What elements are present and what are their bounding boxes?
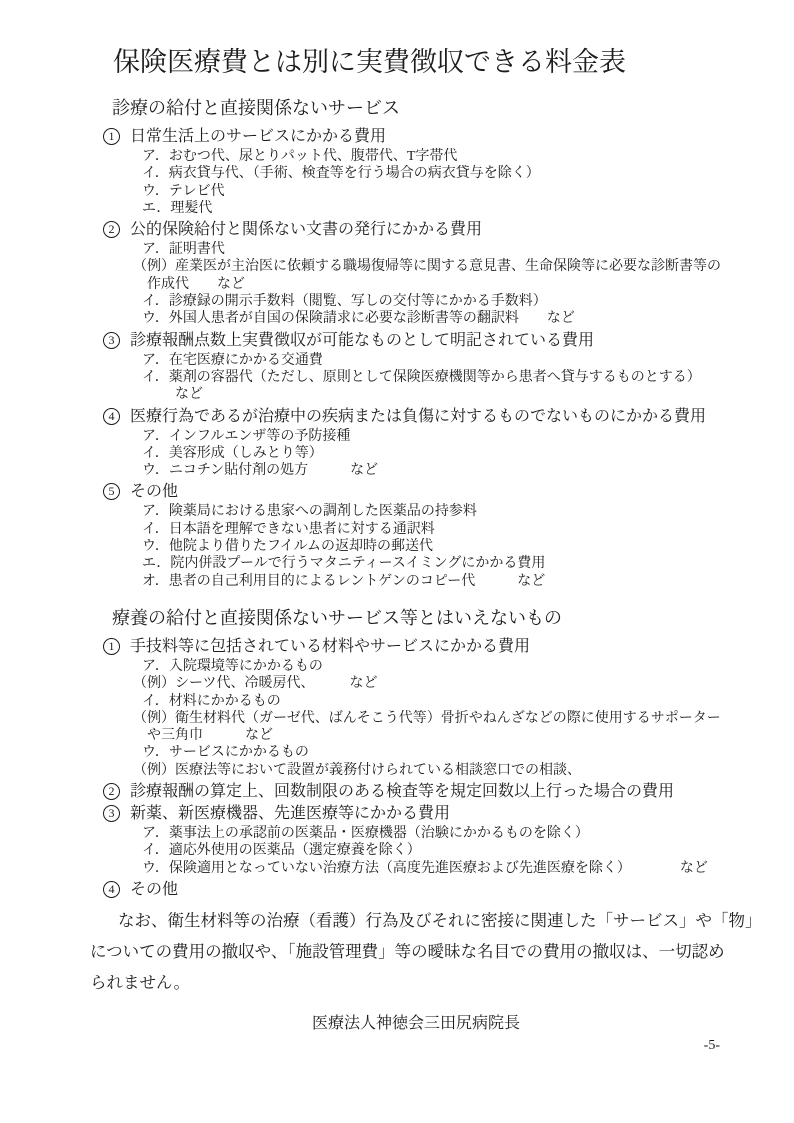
continuation-line: や三角巾 など: [147, 727, 746, 744]
numbered-item: 2診療報酬の算定上、回数制限のある検査等を規定回数以上行った場合の費用: [103, 782, 746, 801]
circled-number: 2: [103, 221, 120, 238]
sub-item: ア．入院環境等にかかるもの: [142, 658, 746, 675]
sub-item: ウ．外国人患者が自国の保険請求に必要な診断書等の翻訳料 など: [142, 310, 746, 327]
circled-number: 3: [103, 805, 120, 822]
note-line: についての費用の撤収や、「施設管理費」等の曖昧な名目での費用の撤収は、一切認め: [90, 936, 762, 967]
continuation-line: 作成代 など: [147, 276, 746, 293]
section-1-heading: 診療の給付と直接関係ないサービス: [112, 97, 746, 119]
sub-item: イ．日本語を理解できない患者に対する通訳料: [142, 521, 746, 538]
numbered-item: 5その他: [103, 482, 746, 501]
numbered-item: 3新薬、新医療機器、先進医療等にかかる費用: [103, 804, 746, 823]
numbered-item-text: その他: [130, 881, 178, 898]
continuation-line: など: [147, 386, 746, 403]
document-page: 保険医療費とは別に実費徴収できる料金表 診療の給付と直接関係ないサービス 1日常…: [0, 0, 794, 1123]
document-title: 保険医療費とは別に実費徴収できる料金表: [113, 44, 746, 80]
sub-item: エ．理髪代: [142, 200, 746, 217]
sub-item: ウ．テレビ代: [142, 183, 746, 200]
sub-item: ア．薬事法上の承認前の医薬品・医療機器（治験にかかるものを除く）: [142, 825, 746, 842]
circled-number: 1: [103, 128, 120, 145]
sub-item: イ．材料にかかるもの: [142, 693, 746, 710]
circled-number: 2: [103, 783, 120, 800]
sub-item: ウ．サービスにかかるもの: [142, 744, 746, 761]
note-line: られません。: [90, 967, 762, 998]
section-1-list: 1日常生活上のサービスにかかる費用ア．おむつ代、尿とりパット代、腹帯代、T字帯代…: [103, 127, 746, 590]
example-line: （例）産業医が主治医に依頼する職場復帰等に関する意見書、生命保険等に必要な診断書…: [133, 258, 746, 275]
numbered-item: 1手技料等に包括されている材料やサービスにかかる費用: [103, 637, 746, 656]
numbered-item-text: 診療報酬の算定上、回数制限のある検査等を規定回数以上行った場合の費用: [130, 783, 674, 800]
sub-item: イ．美容形成（しみとり等）: [142, 445, 746, 462]
numbered-item-text: 新薬、新医療機器、先進医療等にかかる費用: [130, 805, 450, 822]
sub-item: イ．適応外使用の医薬品（選定療養を除く）: [142, 842, 746, 859]
numbered-item-text: 医療行為であるが治療中の疾病または負傷に対するものでないものにかかる費用: [130, 408, 706, 425]
sub-item: ア．インフルエンザ等の予防接種: [142, 428, 746, 445]
sub-item: イ．診療録の開示手数料（閲覧、写しの交付等にかかる手数料）: [142, 293, 746, 310]
sub-item: オ．患者の自己利用目的によるレントゲンのコピー代 など: [142, 573, 746, 590]
section-2-list: 1手技料等に包括されている材料やサービスにかかる費用ア．入院環境等にかかるもの（…: [103, 637, 746, 899]
sub-item: ウ．保険適用となっていない治療方法（高度先進医療および先進医療を除く） など: [142, 860, 746, 877]
numbered-item-text: 公的保険給付と関係ない文書の発行にかかる費用: [130, 221, 482, 238]
example-line: （例）シーツ代、冷暖房代、 など: [133, 675, 746, 692]
example-line: （例）医療法等において設置が義務付けられている相談窓口での相談、: [133, 762, 746, 779]
numbered-item-text: その他: [130, 483, 178, 500]
signature-line: 医療法人神徳会三田尻病院長: [312, 1010, 520, 1033]
sub-item: イ．病衣貸与代、（手術、検査等を行う場合の病衣貸与を除く）: [142, 165, 746, 182]
numbered-item-text: 診療報酬点数上実費徴収が可能なものとして明記されている費用: [130, 332, 594, 349]
section-2-heading: 療養の給付と直接関係ないサービス等とはいえないもの: [112, 607, 746, 629]
numbered-item: 4その他: [103, 880, 746, 899]
page-number: -5-: [704, 1038, 720, 1054]
numbered-item: 4医療行為であるが治療中の疾病または負傷に対するものでないものにかかる費用: [103, 407, 746, 426]
example-line: （例）衛生材料代（ガーゼ代、ばんそこう代等）骨折やねんざなどの際に使用するサポー…: [133, 710, 746, 727]
sub-item: ア．証明書代: [142, 241, 746, 258]
numbered-item: 3診療報酬点数上実費徴収が可能なものとして明記されている費用: [103, 331, 746, 350]
numbered-item-text: 手技料等に包括されている材料やサービスにかかる費用: [130, 638, 530, 655]
circled-number: 4: [103, 881, 120, 898]
sub-item: イ．薬剤の容器代（ただし、原則として保険医療機関等から患者へ貸与するものとする）: [142, 369, 746, 386]
sub-item: エ．院内併設プールで行うマタニティースイミングにかかる費用: [142, 555, 746, 572]
sub-item: ア．険薬局における患家への調剤した医薬品の持参料: [142, 503, 746, 520]
circled-number: 5: [103, 483, 120, 500]
circled-number: 1: [103, 638, 120, 655]
note-line: なお、衛生材料等の治療（看護）行為及びそれに密接に関連した「サービス」や「物」: [90, 905, 762, 936]
circled-number: 3: [103, 332, 120, 349]
closing-note: なお、衛生材料等の治療（看護）行為及びそれに密接に関連した「サービス」や「物」に…: [90, 905, 762, 998]
sub-item: ア．在宅医療にかかる交通費: [142, 352, 746, 369]
sub-item: ア．おむつ代、尿とりパット代、腹帯代、T字帯代: [142, 148, 746, 165]
numbered-item: 2公的保険給付と関係ない文書の発行にかかる費用: [103, 220, 746, 239]
section-services-unrelated-to-care: 診療の給付と直接関係ないサービス 1日常生活上のサービスにかかる費用ア．おむつ代…: [103, 97, 746, 590]
sub-item: ウ．他院より借りたフイルムの返却時の郵送代: [142, 538, 746, 555]
numbered-item: 1日常生活上のサービスにかかる費用: [103, 127, 746, 146]
sub-item: ウ．ニコチン貼付剤の処方 など: [142, 462, 746, 479]
circled-number: 4: [103, 408, 120, 425]
section-services-not-excludable: 療養の給付と直接関係ないサービス等とはいえないもの 1手技料等に包括されている材…: [103, 607, 746, 998]
numbered-item-text: 日常生活上のサービスにかかる費用: [130, 128, 386, 145]
